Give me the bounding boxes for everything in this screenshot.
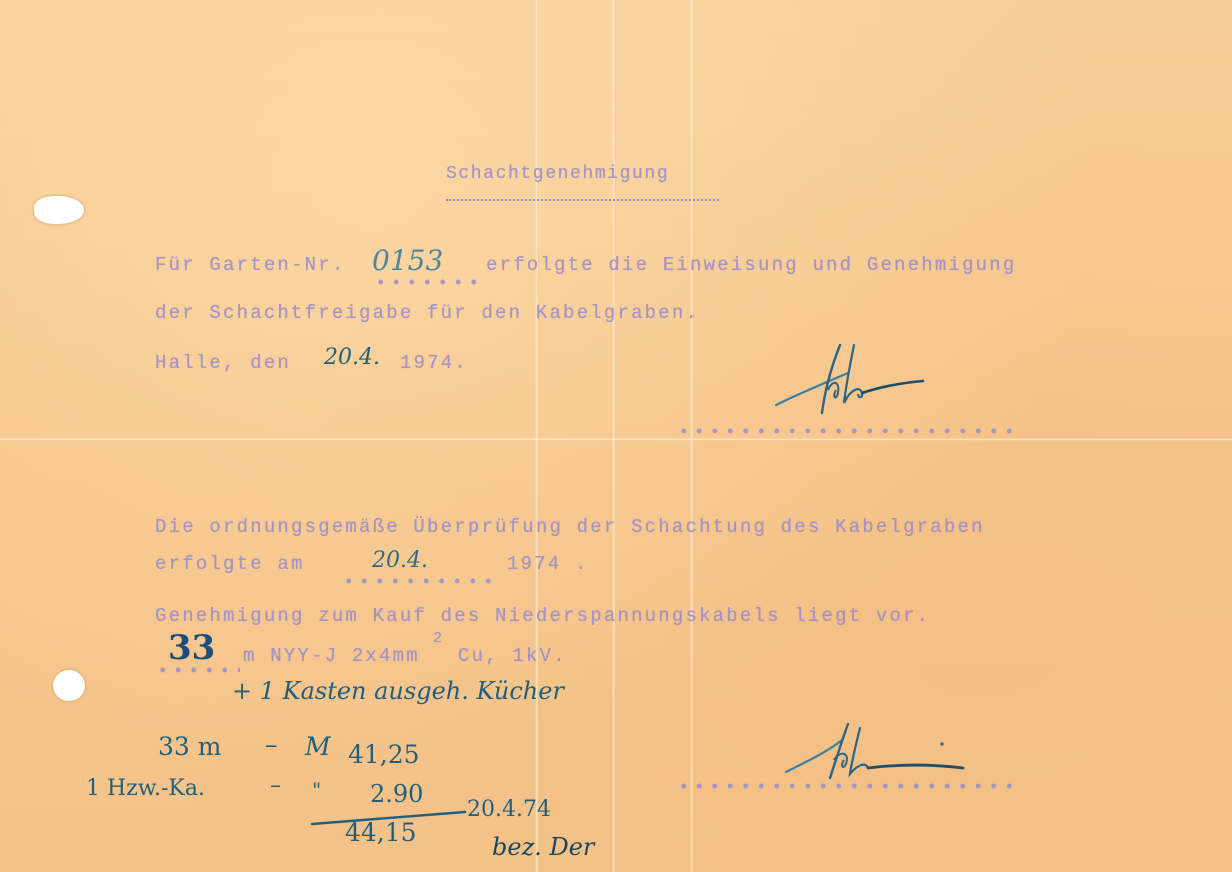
calc-total: 44,15 — [345, 818, 417, 847]
punch-hole-top — [34, 196, 84, 224]
receipt-signature: bez. Der — [492, 833, 594, 861]
cable-length-handwritten: 33 — [168, 628, 215, 668]
calc-line1-value: 41,25 — [348, 740, 420, 769]
punch-hole-bottom — [53, 670, 85, 701]
title-underline — [446, 199, 719, 201]
calc-line2-value: 2.90 — [370, 780, 423, 808]
fill-in-dots — [155, 667, 240, 673]
section2-year: 1974 . — [507, 553, 589, 575]
receipt-date: 20.4.74 — [467, 797, 551, 822]
signature-line-1 — [676, 428, 1021, 434]
section1-year: 1974. — [400, 352, 468, 374]
fold-line-vertical — [535, 0, 539, 872]
calc-line2-label: 1 Hzw.-Ka. — [86, 776, 205, 801]
section1-line2: der Schachtfreigabe für den Kabelgraben. — [155, 302, 699, 324]
section1-line1-suffix: erfolgte die Einweisung und Genehmigung — [486, 254, 1016, 276]
section2-line3: Genehmigung zum Kauf des Niederspannungs… — [155, 605, 930, 627]
calc-line1-dash: – — [265, 730, 278, 759]
fold-line-vertical — [612, 0, 616, 872]
calc-line1-unit: M — [305, 732, 331, 761]
cable-spec-superscript: 2 — [433, 630, 444, 647]
fill-in-dots — [341, 578, 491, 584]
fill-in-dots — [373, 279, 478, 285]
calc-line2-dash: – — [270, 773, 281, 798]
signature-1 — [770, 335, 930, 420]
fold-line-horizontal — [0, 438, 1232, 441]
calc-line2-unit: " — [312, 778, 321, 802]
signature-2 — [780, 720, 970, 790]
garden-number-handwritten: 0153 — [372, 244, 443, 277]
signature-line-2 — [676, 783, 1021, 789]
document-title: Schachtgenehmigung — [446, 164, 669, 184]
fold-line-vertical — [690, 0, 694, 872]
handwritten-addition: + 1 Kasten ausgeh. Kücher — [232, 677, 564, 705]
section1-line1-prefix: Für Garten-Nr. — [155, 254, 345, 276]
section1-line3-prefix: Halle, den — [155, 352, 291, 374]
section2-line2-prefix: erfolgte am — [155, 553, 305, 575]
section2-line1: Die ordnungsgemäße Überprüfung der Schac… — [155, 516, 985, 538]
date-handwritten: 20.4. — [324, 345, 380, 370]
cable-spec: m NYY-J 2x4mm — [243, 645, 420, 667]
calc-line1-label: 33 m — [158, 732, 221, 761]
inspection-date-handwritten: 20.4. — [372, 548, 428, 573]
cable-spec-suffix: Cu, 1kV. — [458, 645, 567, 667]
